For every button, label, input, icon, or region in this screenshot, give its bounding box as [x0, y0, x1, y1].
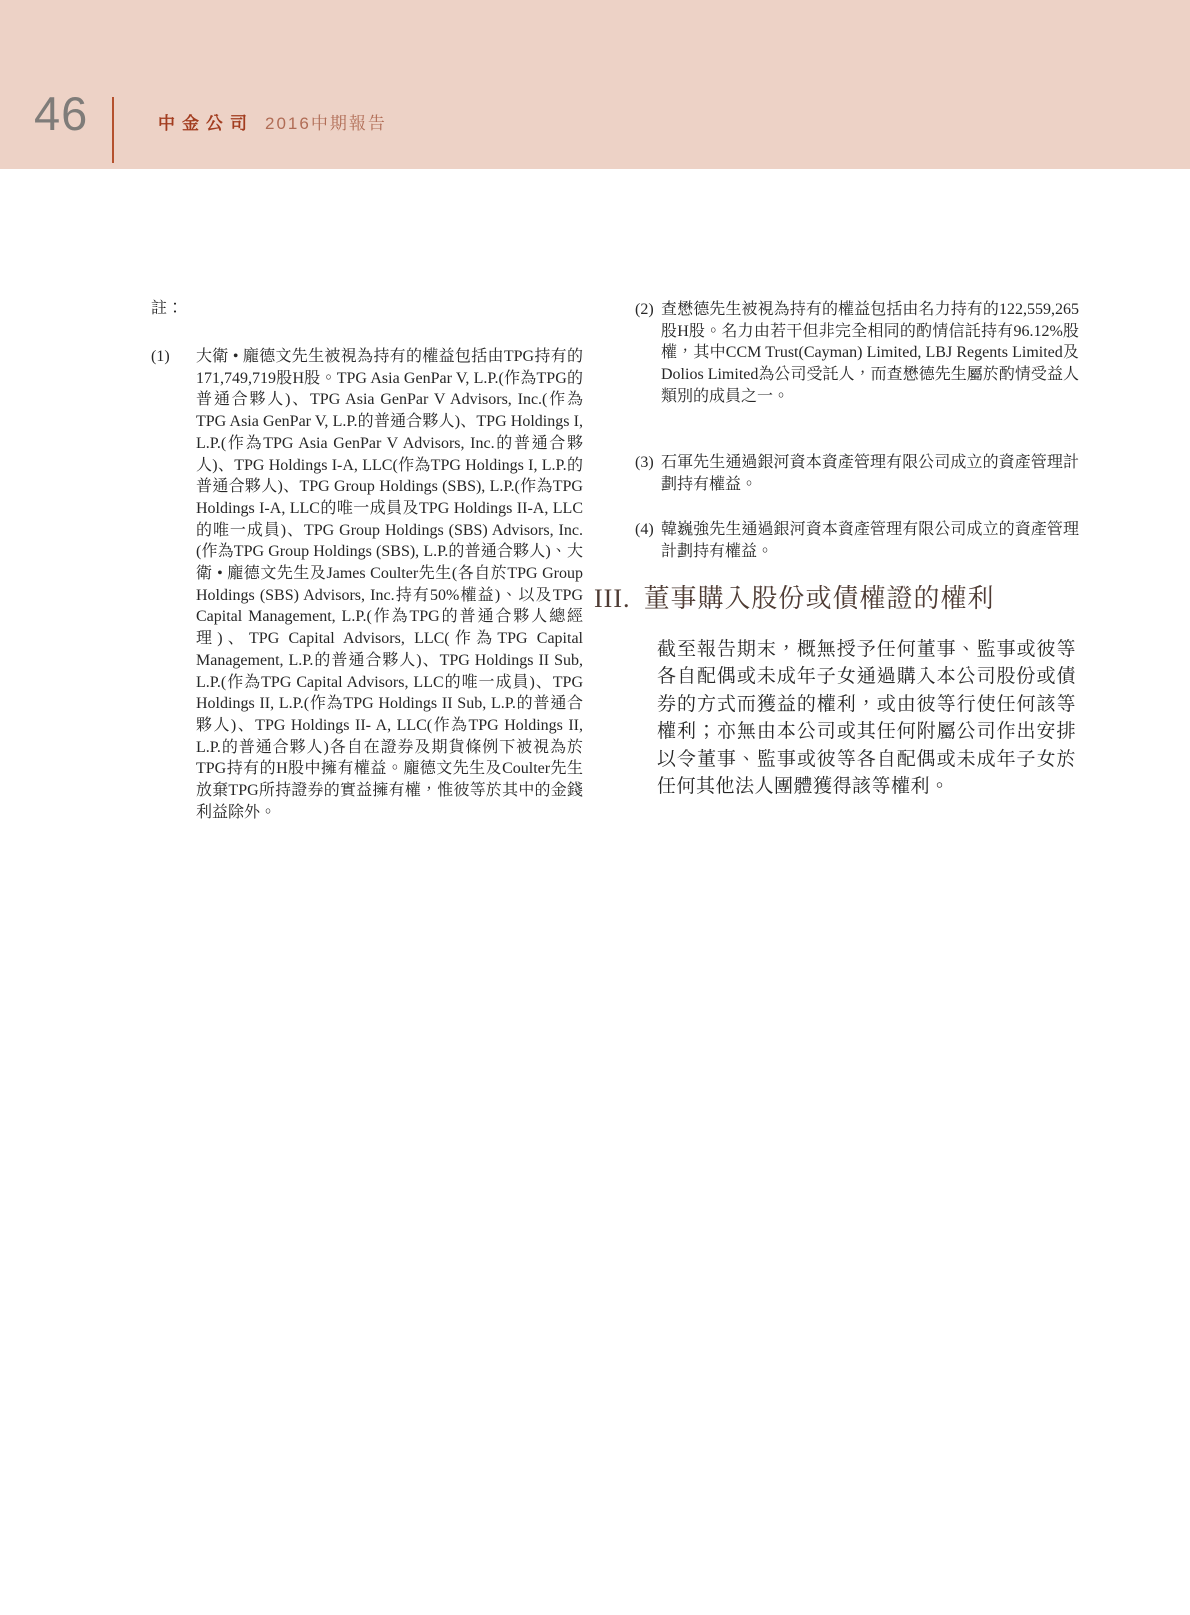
company-name: 中金公司 [158, 114, 254, 134]
note-text-3: 石軍先生通過銀河資本資產管理有限公司成立的資產管理計劃持有權益。 [661, 452, 1079, 495]
note-item-3: (3) 石軍先生通過銀河資本資產管理有限公司成立的資產管理計劃持有權益。 [635, 452, 1079, 495]
note-text-4: 韓巍強先生通過銀河資本資產管理有限公司成立的資產管理計劃持有權益。 [661, 519, 1079, 562]
note-item-4: (4) 韓巍強先生通過銀河資本資產管理有限公司成立的資產管理計劃持有權益。 [635, 519, 1079, 562]
note-marker-4: (4) [635, 519, 661, 541]
page-number: 46 [34, 90, 88, 137]
note-text-1: 大衛 • 龐德文先生被視為持有的權益包括由TPG持有的171,749,719股H… [196, 346, 583, 823]
report-page: 46 中金公司 2016中期報告 註： (1) 大衛 • 龐德文先生被視為持有的… [0, 0, 1190, 1615]
notes-label: 註： [151, 298, 183, 319]
note-marker-2: (2) [635, 299, 661, 321]
note-item-2: (2) 查懋德先生被視為持有的權益包括由名力持有的122,559,265股H股。… [635, 299, 1079, 408]
section-numeral: III. [594, 583, 630, 615]
report-title: 2016中期報告 [265, 114, 387, 134]
page-header: 46 中金公司 2016中期報告 [0, 0, 1190, 169]
note-item-1: (1) 大衛 • 龐德文先生被視為持有的權益包括由TPG持有的171,749,7… [151, 346, 583, 823]
note-marker-3: (3) [635, 452, 661, 474]
section-body: 截至報告期末，概無授予任何董事、監事或彼等各自配偶或未成年子女通過購入本公司股份… [657, 636, 1076, 800]
section-heading: III. 董事購入股份或債權證的權利 [594, 583, 995, 615]
note-text-2: 查懋德先生被視為持有的權益包括由名力持有的122,559,265股H股。名力由若… [661, 299, 1079, 408]
header-divider [112, 97, 114, 163]
section-title: 董事購入股份或債權證的權利 [643, 583, 994, 615]
note-marker-1: (1) [151, 346, 196, 368]
